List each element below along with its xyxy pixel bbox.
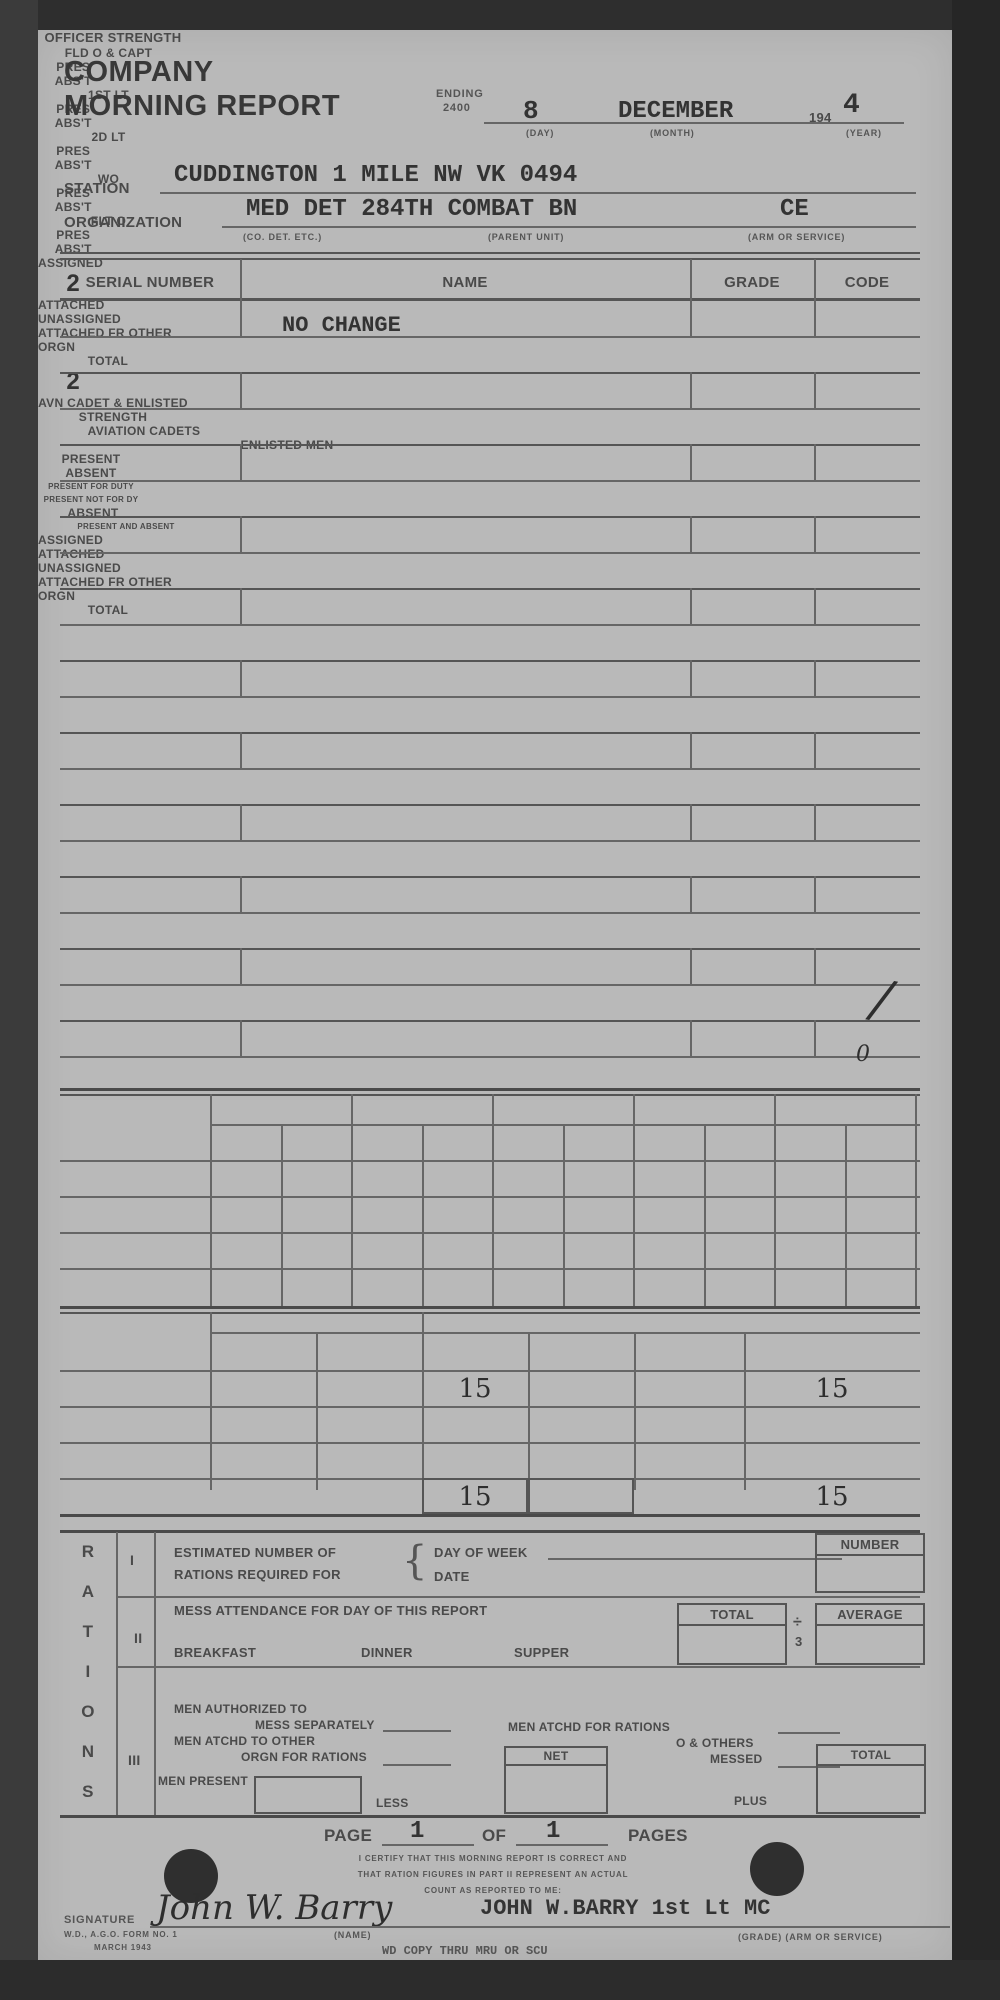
brace-icon: {	[402, 1538, 427, 1584]
rations-side-letter: N	[60, 1742, 116, 1762]
name-caption: (NAME)	[334, 1930, 371, 1940]
divide-sign-icon: ÷	[793, 1614, 802, 1632]
enlisted-row-label: TOTAL	[38, 603, 178, 617]
o-others-line2: MESSED	[710, 1752, 762, 1766]
rations-side-letter: A	[60, 1582, 116, 1602]
caption-unit: (CO. DET. ETC.)	[243, 232, 322, 242]
morning-report-form: COMPANY MORNING REPORT ENDING 2400 8 (DA…	[38, 30, 952, 1960]
rations-total-box[interactable]: TOTAL	[816, 1744, 926, 1814]
day-caption: (DAY)	[526, 128, 554, 138]
part1-line2: RATIONS REQUIRED FOR	[174, 1567, 341, 1582]
atchd-other-line2: ORGN FOR RATIONS	[241, 1750, 367, 1764]
enlisted-row-label: ASSIGNED	[38, 533, 178, 547]
pages-label: PAGES	[628, 1826, 688, 1846]
organization-unit: MED DET 284TH COMBAT BN	[246, 196, 577, 223]
rations-side-letter: R	[60, 1542, 116, 1562]
roster-col-serial: SERIAL NUMBER	[60, 274, 240, 291]
caption-parent: (PARENT UNIT)	[488, 232, 564, 242]
year-value: 4	[843, 90, 860, 121]
rations-side-letter: T	[60, 1622, 116, 1642]
officer-group-header: 2D LT	[38, 130, 179, 144]
total-present-not-duty-box[interactable]	[528, 1478, 634, 1514]
form-title-line2: MORNING REPORT	[64, 90, 340, 122]
signature-label: SIGNATURE	[64, 1914, 135, 1926]
part3-numeral: III	[128, 1752, 141, 1768]
enlisted-col-header: PRESENT	[38, 452, 144, 466]
scan-border-right	[952, 0, 1000, 2000]
ending-label: ENDING	[436, 88, 484, 100]
atchd-for-rations-label: MEN ATCHD FOR RATIONS	[508, 1720, 670, 1734]
aviation-cadets-header: AVIATION CADETS	[38, 424, 250, 438]
margin-mark-zero: 0	[856, 1042, 870, 1067]
date-label: DATE	[434, 1569, 470, 1584]
page-number: 1	[410, 1818, 424, 1845]
roster-col-grade: GRADE	[690, 274, 814, 291]
enlisted-cell-value: 15	[744, 1374, 920, 1404]
wd-copy-note: WD COPY THRU MRU OR SCU	[382, 1944, 548, 1958]
enlisted-col-header: ABSENT	[38, 466, 144, 480]
organization-arm: CE	[780, 196, 809, 223]
dinner-label: DINNER	[361, 1645, 413, 1660]
roster-entry-name: NO CHANGE	[282, 313, 401, 338]
rations-side-letter: O	[60, 1702, 116, 1722]
enlisted-cell-value: 15	[422, 1374, 528, 1404]
roster-col-code: CODE	[814, 274, 920, 291]
page-label: PAGE	[324, 1826, 372, 1846]
form-title-line1: COMPANY	[64, 56, 214, 88]
officer-row-label: TOTAL	[38, 354, 178, 368]
enlisted-strength-table: AVN CADET & ENLISTED STRENGTHAVIATION CA…	[38, 396, 952, 617]
officer-row-label: ATTACHED FR OTHER ORGN	[38, 326, 178, 354]
day-value: 8	[523, 96, 539, 126]
officer-strength-title: OFFICER STRENGTH	[38, 30, 188, 46]
plus-label: PLUS	[734, 1794, 767, 1808]
breakfast-label: BREAKFAST	[174, 1645, 256, 1660]
month-value: DECEMBER	[618, 98, 733, 125]
form-date: MARCH 1943	[94, 1943, 152, 1952]
year-prefix: 194	[809, 110, 832, 125]
station-label: STATION	[64, 180, 130, 197]
men-present-box[interactable]	[254, 1776, 362, 1814]
less-label: LESS	[376, 1796, 409, 1810]
part1-numeral: I	[130, 1552, 134, 1568]
station-value: CUDDINGTON 1 MILE NW VK 0494	[174, 162, 577, 189]
officer-subcol-header: PRES	[38, 144, 109, 158]
number-box[interactable]: NUMBER	[815, 1533, 925, 1593]
roster-col-name: NAME	[240, 274, 690, 291]
organization-label: ORGANIZATION	[64, 214, 182, 231]
page-total: 1	[546, 1818, 560, 1845]
mess-attendance-heading: MESS ATTENDANCE FOR DAY OF THIS REPORT	[174, 1603, 487, 1618]
officer-row-label: ATTACHED UNASSIGNED	[38, 298, 178, 326]
certify-line2: THAT RATION FIGURES IN PART II REPRESENT…	[238, 1870, 748, 1879]
average-box[interactable]: AVERAGE	[815, 1603, 925, 1665]
month-caption: (MONTH)	[650, 128, 695, 138]
rations-side-letter: I	[60, 1662, 116, 1682]
officer-subcol-header: ABS'T	[38, 200, 109, 214]
auth-line1: MEN AUTHORIZED TO	[174, 1702, 307, 1716]
enlisted-col-header: PRESENT NOT FOR DY	[38, 493, 144, 506]
signature: John W. Barry	[156, 1888, 392, 1928]
day-of-week-label: DAY OF WEEK	[434, 1545, 528, 1560]
certify-line1: I CERTIFY THAT THIS MORNING REPORT IS CO…	[238, 1854, 748, 1863]
men-present-label: MEN PRESENT	[158, 1774, 248, 1788]
year-caption: (YEAR)	[846, 128, 882, 138]
supper-label: SUPPER	[514, 1645, 569, 1660]
typed-name: JOHN W.BARRY 1st Lt MC	[480, 1896, 770, 1921]
rations-side-letter: S	[60, 1782, 116, 1802]
form-number: W.D., A.G.O. FORM NO. 1	[64, 1930, 178, 1939]
ending-time: 2400	[443, 102, 471, 114]
punch-hole-right	[750, 1842, 804, 1896]
scan-border-left	[0, 0, 38, 2000]
enlisted-strength-title: AVN CADET & ENLISTED STRENGTH	[38, 396, 188, 424]
auth-line2: MESS SEPARATELY	[255, 1718, 375, 1732]
mess-total-box[interactable]: TOTAL	[677, 1603, 787, 1665]
grade-caption: (GRADE) (ARM OR SERVICE)	[738, 1932, 883, 1942]
caption-arm: (ARM OR SERVICE)	[748, 232, 845, 242]
divide-by: 3	[795, 1634, 803, 1649]
officer-subcol-header: ABS'T	[38, 158, 109, 172]
enlisted-cell-value: 15	[744, 1482, 920, 1512]
enlisted-cell-value: 15	[422, 1482, 528, 1512]
net-box[interactable]: NET	[504, 1746, 608, 1814]
part2-numeral: II	[134, 1630, 142, 1646]
enlisted-col-header: PRESENT FOR DUTY	[38, 480, 144, 493]
of-label: OF	[482, 1826, 506, 1846]
atchd-other-line1: MEN ATCHD TO OTHER	[174, 1734, 315, 1748]
o-others-line1: O & OTHERS	[676, 1736, 754, 1750]
part1-line1: ESTIMATED NUMBER OF	[174, 1545, 336, 1560]
enlisted-col-header: PRESENT AND ABSENT	[38, 520, 214, 533]
scan-border-bottom	[0, 1960, 1000, 2000]
